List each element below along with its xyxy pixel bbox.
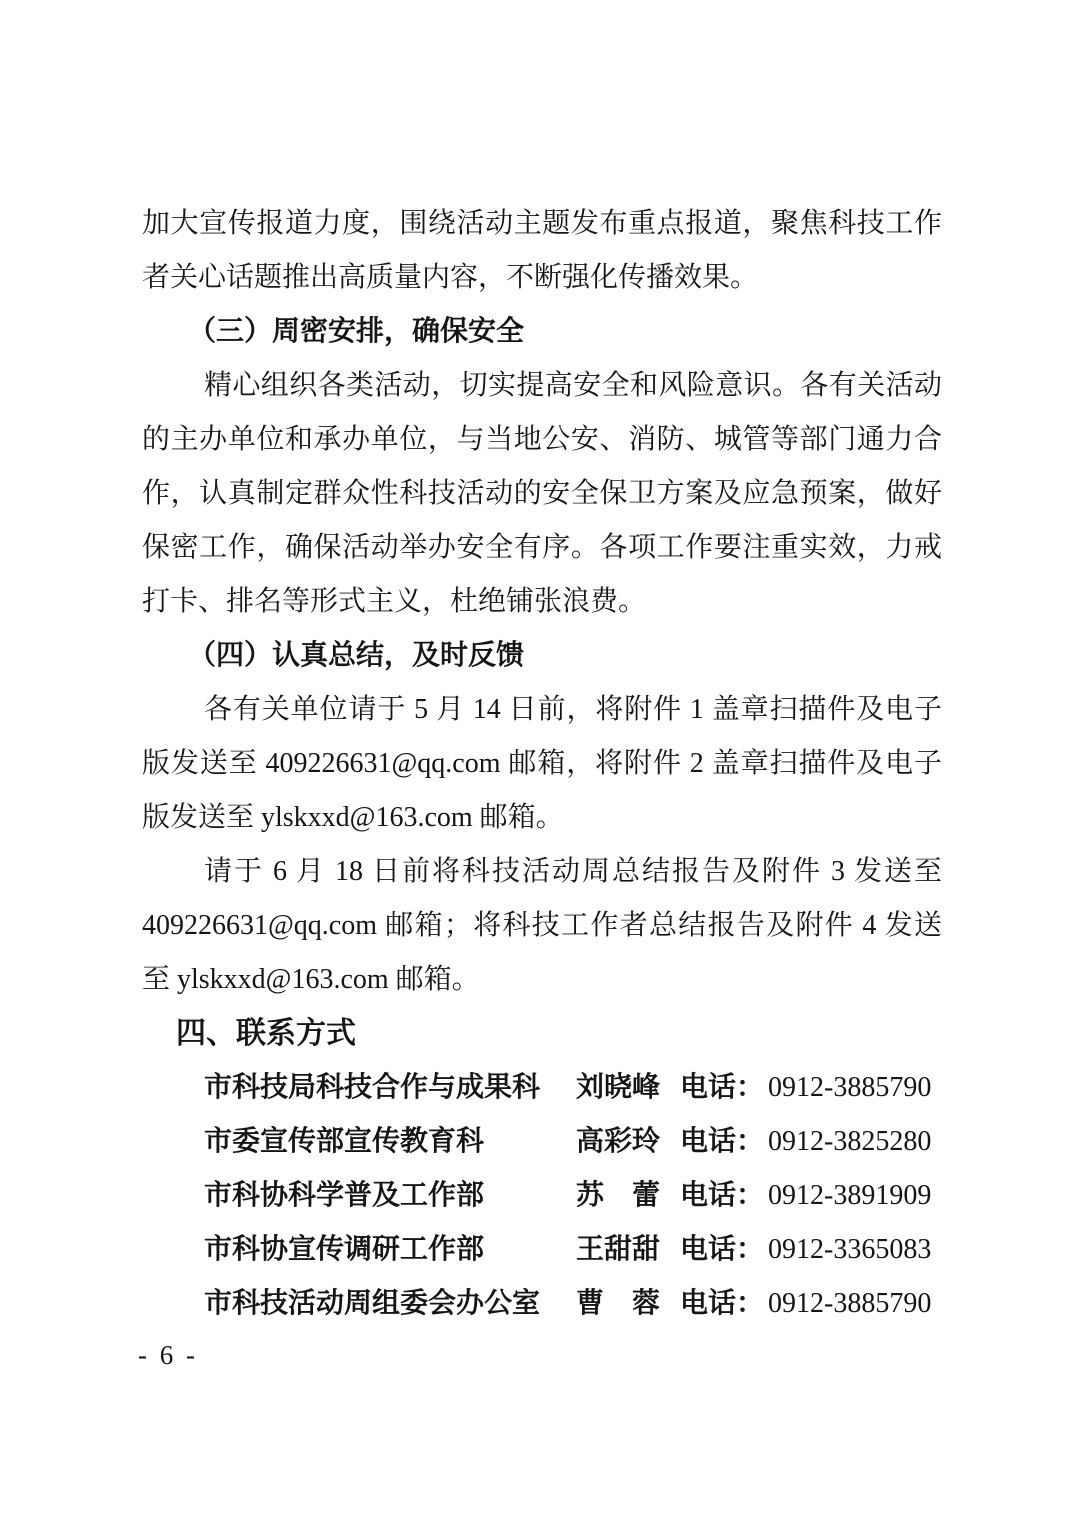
contact-person: 王甜甜: [576, 1223, 680, 1277]
body-line: 作，认真制定群众性科技活动的安全保卫方案及应急预案，做好: [142, 467, 942, 521]
contact-phone-label: 电话：: [680, 1169, 764, 1223]
body-line: 加大宣传报道力度，围绕活动主题发布重点报道，聚焦科技工作: [142, 197, 942, 251]
body-line: 版发送至 ylskxxd@163.com 邮箱。: [142, 791, 942, 845]
contact-person: 刘晓峰: [576, 1061, 680, 1115]
contact-row: 市科协宣传调研工作部 王甜甜 电话： 0912-3365083: [142, 1223, 942, 1277]
contact-org: 市委宣传部宣传教育科: [204, 1115, 576, 1169]
section-heading-3: （三）周密安排，确保安全: [142, 305, 942, 359]
contact-org: 市科协宣传调研工作部: [204, 1223, 576, 1277]
section-heading-4: （四）认真总结，及时反馈: [142, 629, 942, 683]
document-page: 加大宣传报道力度，围绕活动主题发布重点报道，聚焦科技工作 者关心话题推出高质量内…: [0, 0, 1074, 1520]
contact-phone: 0912-3885790: [764, 1061, 931, 1115]
body-line: 各有关单位请于 5 月 14 日前，将附件 1 盖章扫描件及电子: [142, 683, 942, 737]
body-line: 版发送至 409226631@qq.com 邮箱，将附件 2 盖章扫描件及电子: [142, 737, 942, 791]
contact-org: 市科技活动周组委会办公室: [204, 1277, 576, 1331]
body-line: 保密工作，确保活动举办安全有序。各项工作要注重实效，力戒: [142, 521, 942, 575]
contact-phone: 0912-3365083: [764, 1223, 931, 1277]
contact-person: 曹 蓉: [576, 1277, 680, 1331]
contact-row: 市科技局科技合作与成果科 刘晓峰 电话： 0912-3885790: [142, 1061, 942, 1115]
page-number: - 6 -: [138, 1340, 198, 1370]
contact-phone-label: 电话：: [680, 1223, 764, 1277]
body-line: 请于 6 月 18 日前将科技活动周总结报告及附件 3 发送至: [142, 845, 942, 899]
contact-phone: 0912-3825280: [764, 1115, 931, 1169]
contact-phone: 0912-3885790: [764, 1277, 931, 1331]
contact-section-heading: 四、联系方式: [142, 1007, 942, 1061]
contact-person: 高彩玲: [576, 1115, 680, 1169]
contact-org: 市科技局科技合作与成果科: [204, 1061, 576, 1115]
body-line: 打卡、排名等形式主义，杜绝铺张浪费。: [142, 575, 942, 629]
contact-org: 市科协科学普及工作部: [204, 1169, 576, 1223]
body-line: 至 ylskxxd@163.com 邮箱。: [142, 953, 942, 1007]
contact-person: 苏 蕾: [576, 1169, 680, 1223]
body-line: 者关心话题推出高质量内容，不断强化传播效果。: [142, 251, 942, 305]
contact-phone: 0912-3891909: [764, 1169, 931, 1223]
contact-row: 市委宣传部宣传教育科 高彩玲 电话： 0912-3825280: [142, 1115, 942, 1169]
body-line: 精心组织各类活动，切实提高安全和风险意识。各有关活动: [142, 359, 942, 413]
contact-phone-label: 电话：: [680, 1115, 764, 1169]
body-line: 409226631@qq.com 邮箱；将科技工作者总结报告及附件 4 发送: [142, 899, 942, 953]
contact-row: 市科技活动周组委会办公室 曹 蓉 电话： 0912-3885790: [142, 1277, 942, 1331]
document-body: 加大宣传报道力度，围绕活动主题发布重点报道，聚焦科技工作 者关心话题推出高质量内…: [142, 197, 942, 1331]
contact-phone-label: 电话：: [680, 1277, 764, 1331]
body-line: 的主办单位和承办单位，与当地公安、消防、城管等部门通力合: [142, 413, 942, 467]
contact-row: 市科协科学普及工作部 苏 蕾 电话： 0912-3891909: [142, 1169, 942, 1223]
contact-phone-label: 电话：: [680, 1061, 764, 1115]
